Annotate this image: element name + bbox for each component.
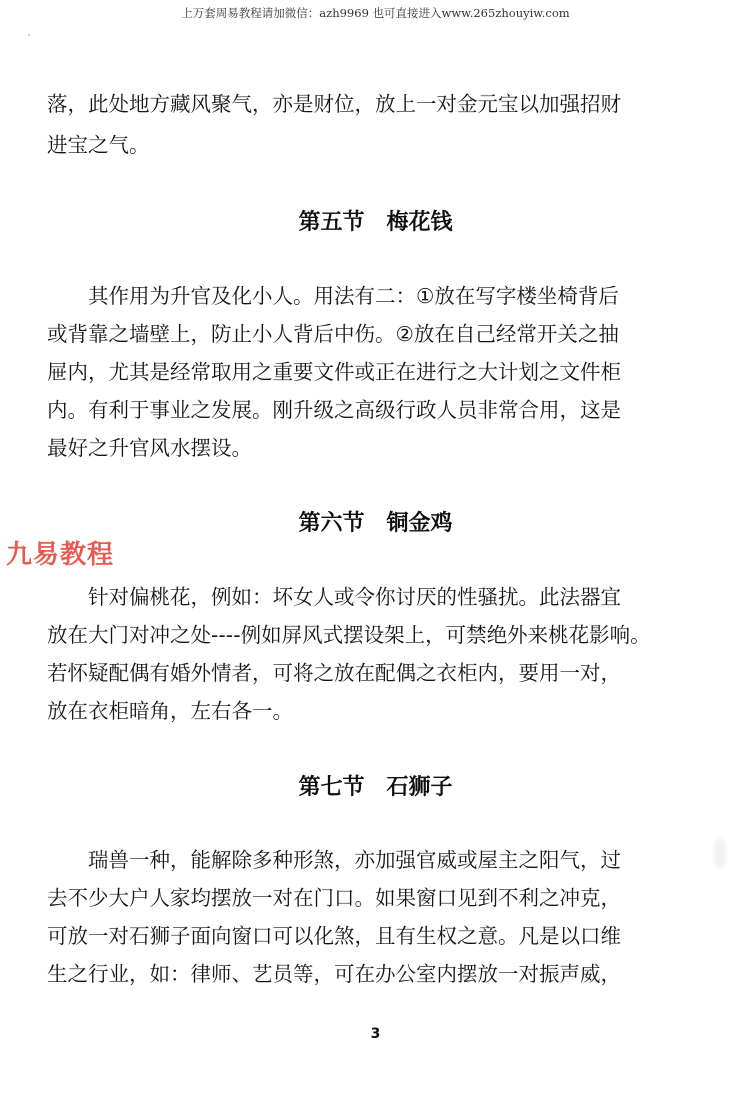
- section-6-line: 若怀疑配偶有婚外情者，可将之放在配偶之衣柜内，要用一对，: [47, 661, 621, 685]
- section-6-line: 放在衣柜暗角，左右各一。: [47, 699, 293, 723]
- intro-line: 进宝之气。: [47, 133, 150, 157]
- section-5-line: 内。有利于事业之发展。刚升级之高级行政人员非常合用，这是: [47, 398, 621, 422]
- section-5-line: 最好之升官风水摆设。: [47, 436, 252, 460]
- watermark-logo: 九易教程: [6, 534, 114, 571]
- section-5-line: 其作用为升官及化小人。用法有二：①放在写字楼坐椅背后: [88, 284, 619, 308]
- section-5-line: 屉内，尤其是经常取用之重要文件或正在进行之大计划之文件柜: [47, 360, 621, 384]
- section-6-line: 放在大门对冲之处----例如屏风式摆设架上，可禁绝外来桃花影响。: [47, 623, 651, 647]
- page-number: 3: [0, 1026, 751, 1042]
- section-7-line: 可放一对石狮子面向窗口可以化煞，且有生权之意。凡是以口维: [47, 924, 621, 948]
- intro-line: 落，此处地方藏风聚气，亦是财位，放上一对金元宝以加强招财: [47, 92, 621, 116]
- section-7-line: 去不少大户人家均摆放一对在门口。如果窗口见到不利之冲克，: [47, 886, 621, 910]
- section-5-line: 或背靠之墙壁上，防止小人背后中伤。②放在自己经常开关之抽: [47, 322, 619, 346]
- section-title-5: 第五节 梅花钱: [0, 205, 751, 236]
- section-title-7: 第七节 石狮子: [0, 770, 751, 801]
- header-banner: 上万套周易教程请加微信：azh9969 也可直接进入www.265zhouyiw…: [0, 5, 751, 21]
- section-6-line: 针对偏桃花，例如：坏女人或令你讨厌的性骚扰。此法器宜: [88, 585, 621, 609]
- scan-speck: [28, 34, 30, 36]
- section-7-line: 瑞兽一种，能解除多种形煞，亦加强官威或屋主之阳气，过: [88, 848, 621, 872]
- section-title-6: 第六节 铜金鸡: [0, 506, 751, 537]
- section-7-line: 生之行业，如：律师、艺员等，可在办公室内摆放一对振声威，: [47, 962, 621, 986]
- scan-smudge: [714, 838, 726, 868]
